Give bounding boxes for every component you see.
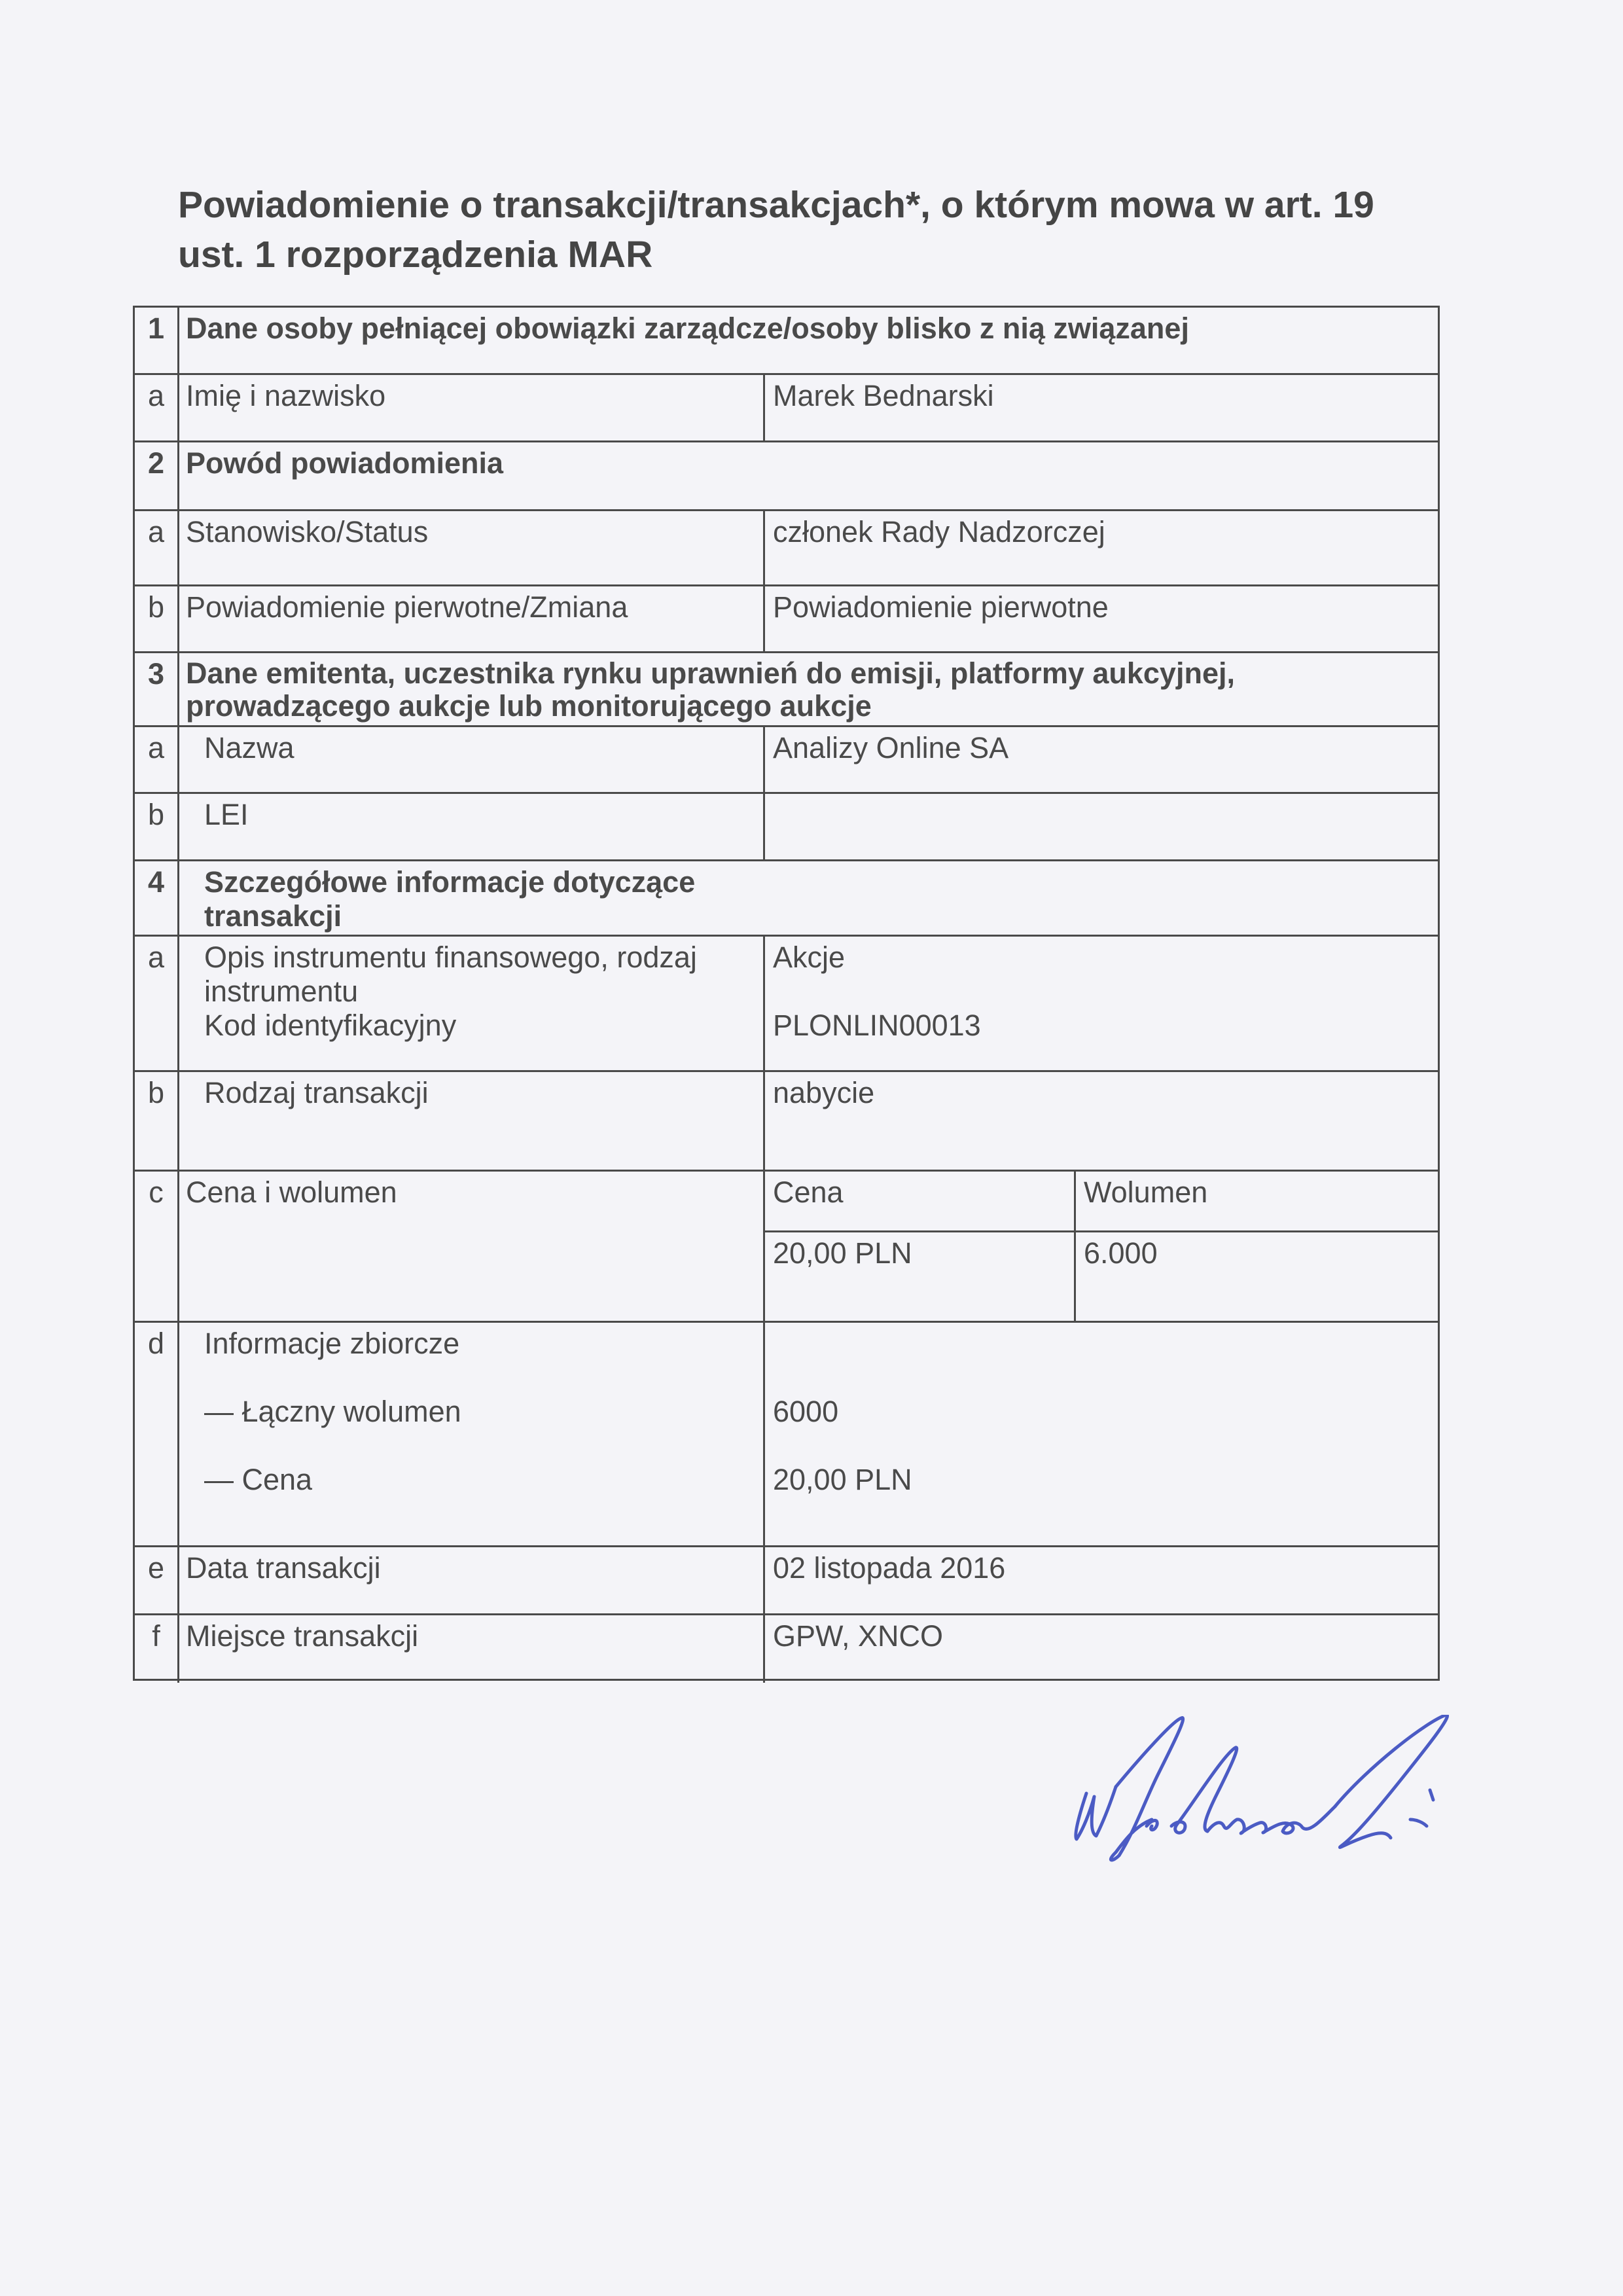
field-label: Data transakcji bbox=[177, 1547, 763, 1613]
field-label: Stanowisko/Status bbox=[177, 511, 763, 584]
volume-header: Wolumen bbox=[1076, 1172, 1440, 1230]
section-title: Dane emitenta, uczestnika rynku uprawnie… bbox=[177, 653, 1440, 725]
field-label: LEI bbox=[177, 794, 763, 859]
row-key: a bbox=[135, 727, 177, 792]
field-label: Rodzaj transakcji bbox=[177, 1072, 763, 1170]
row-key: a bbox=[135, 375, 177, 440]
row-key: b bbox=[135, 794, 177, 859]
field-value-venue: GPW, XNCO bbox=[763, 1615, 1440, 1683]
field-label: Opis instrumentu finansowego, rodzaj ins… bbox=[204, 941, 750, 1009]
section-number: 2 bbox=[135, 442, 177, 509]
aggregate-price-value: 20,00 PLN bbox=[773, 1463, 1440, 1497]
field-value-position: członek Rady Nadzorczej bbox=[763, 511, 1440, 584]
field-value-instrument: Akcje bbox=[773, 941, 1440, 975]
notification-table: 1 Dane osoby pełniącej obowiązki zarządc… bbox=[133, 306, 1440, 1681]
table-row: b Powiadomienie pierwotne/Zmiana Powiado… bbox=[135, 584, 1438, 651]
row-key: c bbox=[135, 1172, 177, 1321]
field-label: Imię i nazwisko bbox=[177, 375, 763, 440]
field-value-date: 02 listopada 2016 bbox=[763, 1547, 1440, 1613]
table-row: a Nazwa Analizy Online SA bbox=[135, 725, 1438, 792]
row-key: a bbox=[135, 937, 177, 1070]
field-label: Miejsce transakcji bbox=[177, 1615, 763, 1683]
row-key: b bbox=[135, 586, 177, 651]
field-label: Kod identyfikacyjny bbox=[204, 1009, 750, 1043]
section-number: 3 bbox=[135, 653, 177, 725]
aggregate-price-label: — Cena bbox=[204, 1463, 763, 1497]
section-2-header: 2 Powód powiadomienia bbox=[135, 440, 1438, 509]
table-row: a Imię i nazwisko Marek Bednarski bbox=[135, 373, 1438, 440]
volume-column: Wolumen 6.000 bbox=[1074, 1172, 1440, 1321]
signature-image bbox=[1060, 1715, 1492, 1872]
row-key: a bbox=[135, 511, 177, 584]
aggregate-values: 6000 20,00 PLN bbox=[763, 1323, 1440, 1545]
row-key: b bbox=[135, 1072, 177, 1170]
section-4-header: 4 Szczegółowe informacje dotyczące trans… bbox=[135, 859, 1438, 935]
table-row: b LEI bbox=[135, 792, 1438, 859]
row-key: f bbox=[135, 1615, 177, 1683]
section-title: Dane osoby pełniącej obowiązki zarządcze… bbox=[177, 308, 1440, 373]
document-title: Powiadomienie o transakcji/transakcjach*… bbox=[178, 180, 1421, 279]
total-volume-label: — Łączny wolumen bbox=[204, 1395, 763, 1429]
field-label: Informacje zbiorcze bbox=[204, 1327, 763, 1361]
field-value-issuer: Analizy Online SA bbox=[763, 727, 1440, 792]
field-value-lei bbox=[763, 794, 1440, 859]
table-row: a Stanowisko/Status członek Rady Nadzorc… bbox=[135, 509, 1438, 584]
price-header: Cena bbox=[765, 1172, 1074, 1230]
section-number: 1 bbox=[135, 308, 177, 373]
field-value-notification-type: Powiadomienie pierwotne bbox=[763, 586, 1440, 651]
field-value-name: Marek Bednarski bbox=[763, 375, 1440, 440]
section-1-header: 1 Dane osoby pełniącej obowiązki zarządc… bbox=[135, 308, 1438, 373]
section-3-header: 3 Dane emitenta, uczestnika rynku uprawn… bbox=[135, 651, 1438, 725]
field-label-group: Opis instrumentu finansowego, rodzaj ins… bbox=[177, 937, 763, 1070]
price-column: Cena 20,00 PLN bbox=[763, 1172, 1074, 1321]
field-value-group: Akcje PLONLIN00013 bbox=[763, 937, 1440, 1070]
table-row: d Informacje zbiorcze — Łączny wolumen —… bbox=[135, 1321, 1438, 1545]
field-label: Nazwa bbox=[177, 727, 763, 792]
field-label: Cena i wolumen bbox=[177, 1172, 763, 1321]
field-label: Powiadomienie pierwotne/Zmiana bbox=[177, 586, 763, 651]
row-key: e bbox=[135, 1547, 177, 1613]
table-row: c Cena i wolumen Cena 20,00 PLN Wolumen … bbox=[135, 1170, 1438, 1321]
table-row: a Opis instrumentu finansowego, rodzaj i… bbox=[135, 935, 1438, 1070]
price-value: 20,00 PLN bbox=[765, 1230, 1074, 1323]
aggregate-labels: Informacje zbiorcze — Łączny wolumen — C… bbox=[177, 1323, 763, 1545]
section-title: Powód powiadomienia bbox=[177, 442, 1440, 509]
field-value-transaction-type: nabycie bbox=[763, 1072, 1440, 1170]
section-number: 4 bbox=[135, 861, 177, 935]
table-row: e Data transakcji 02 listopada 2016 bbox=[135, 1545, 1438, 1613]
table-row: b Rodzaj transakcji nabycie bbox=[135, 1070, 1438, 1170]
total-volume-value: 6000 bbox=[773, 1395, 1440, 1429]
table-row: f Miejsce transakcji GPW, XNCO bbox=[135, 1613, 1438, 1683]
volume-value: 6.000 bbox=[1076, 1230, 1440, 1323]
row-key: d bbox=[135, 1323, 177, 1545]
field-value-isin: PLONLIN00013 bbox=[773, 1009, 1440, 1043]
section-title: Szczegółowe informacje dotyczące transak… bbox=[177, 861, 763, 935]
